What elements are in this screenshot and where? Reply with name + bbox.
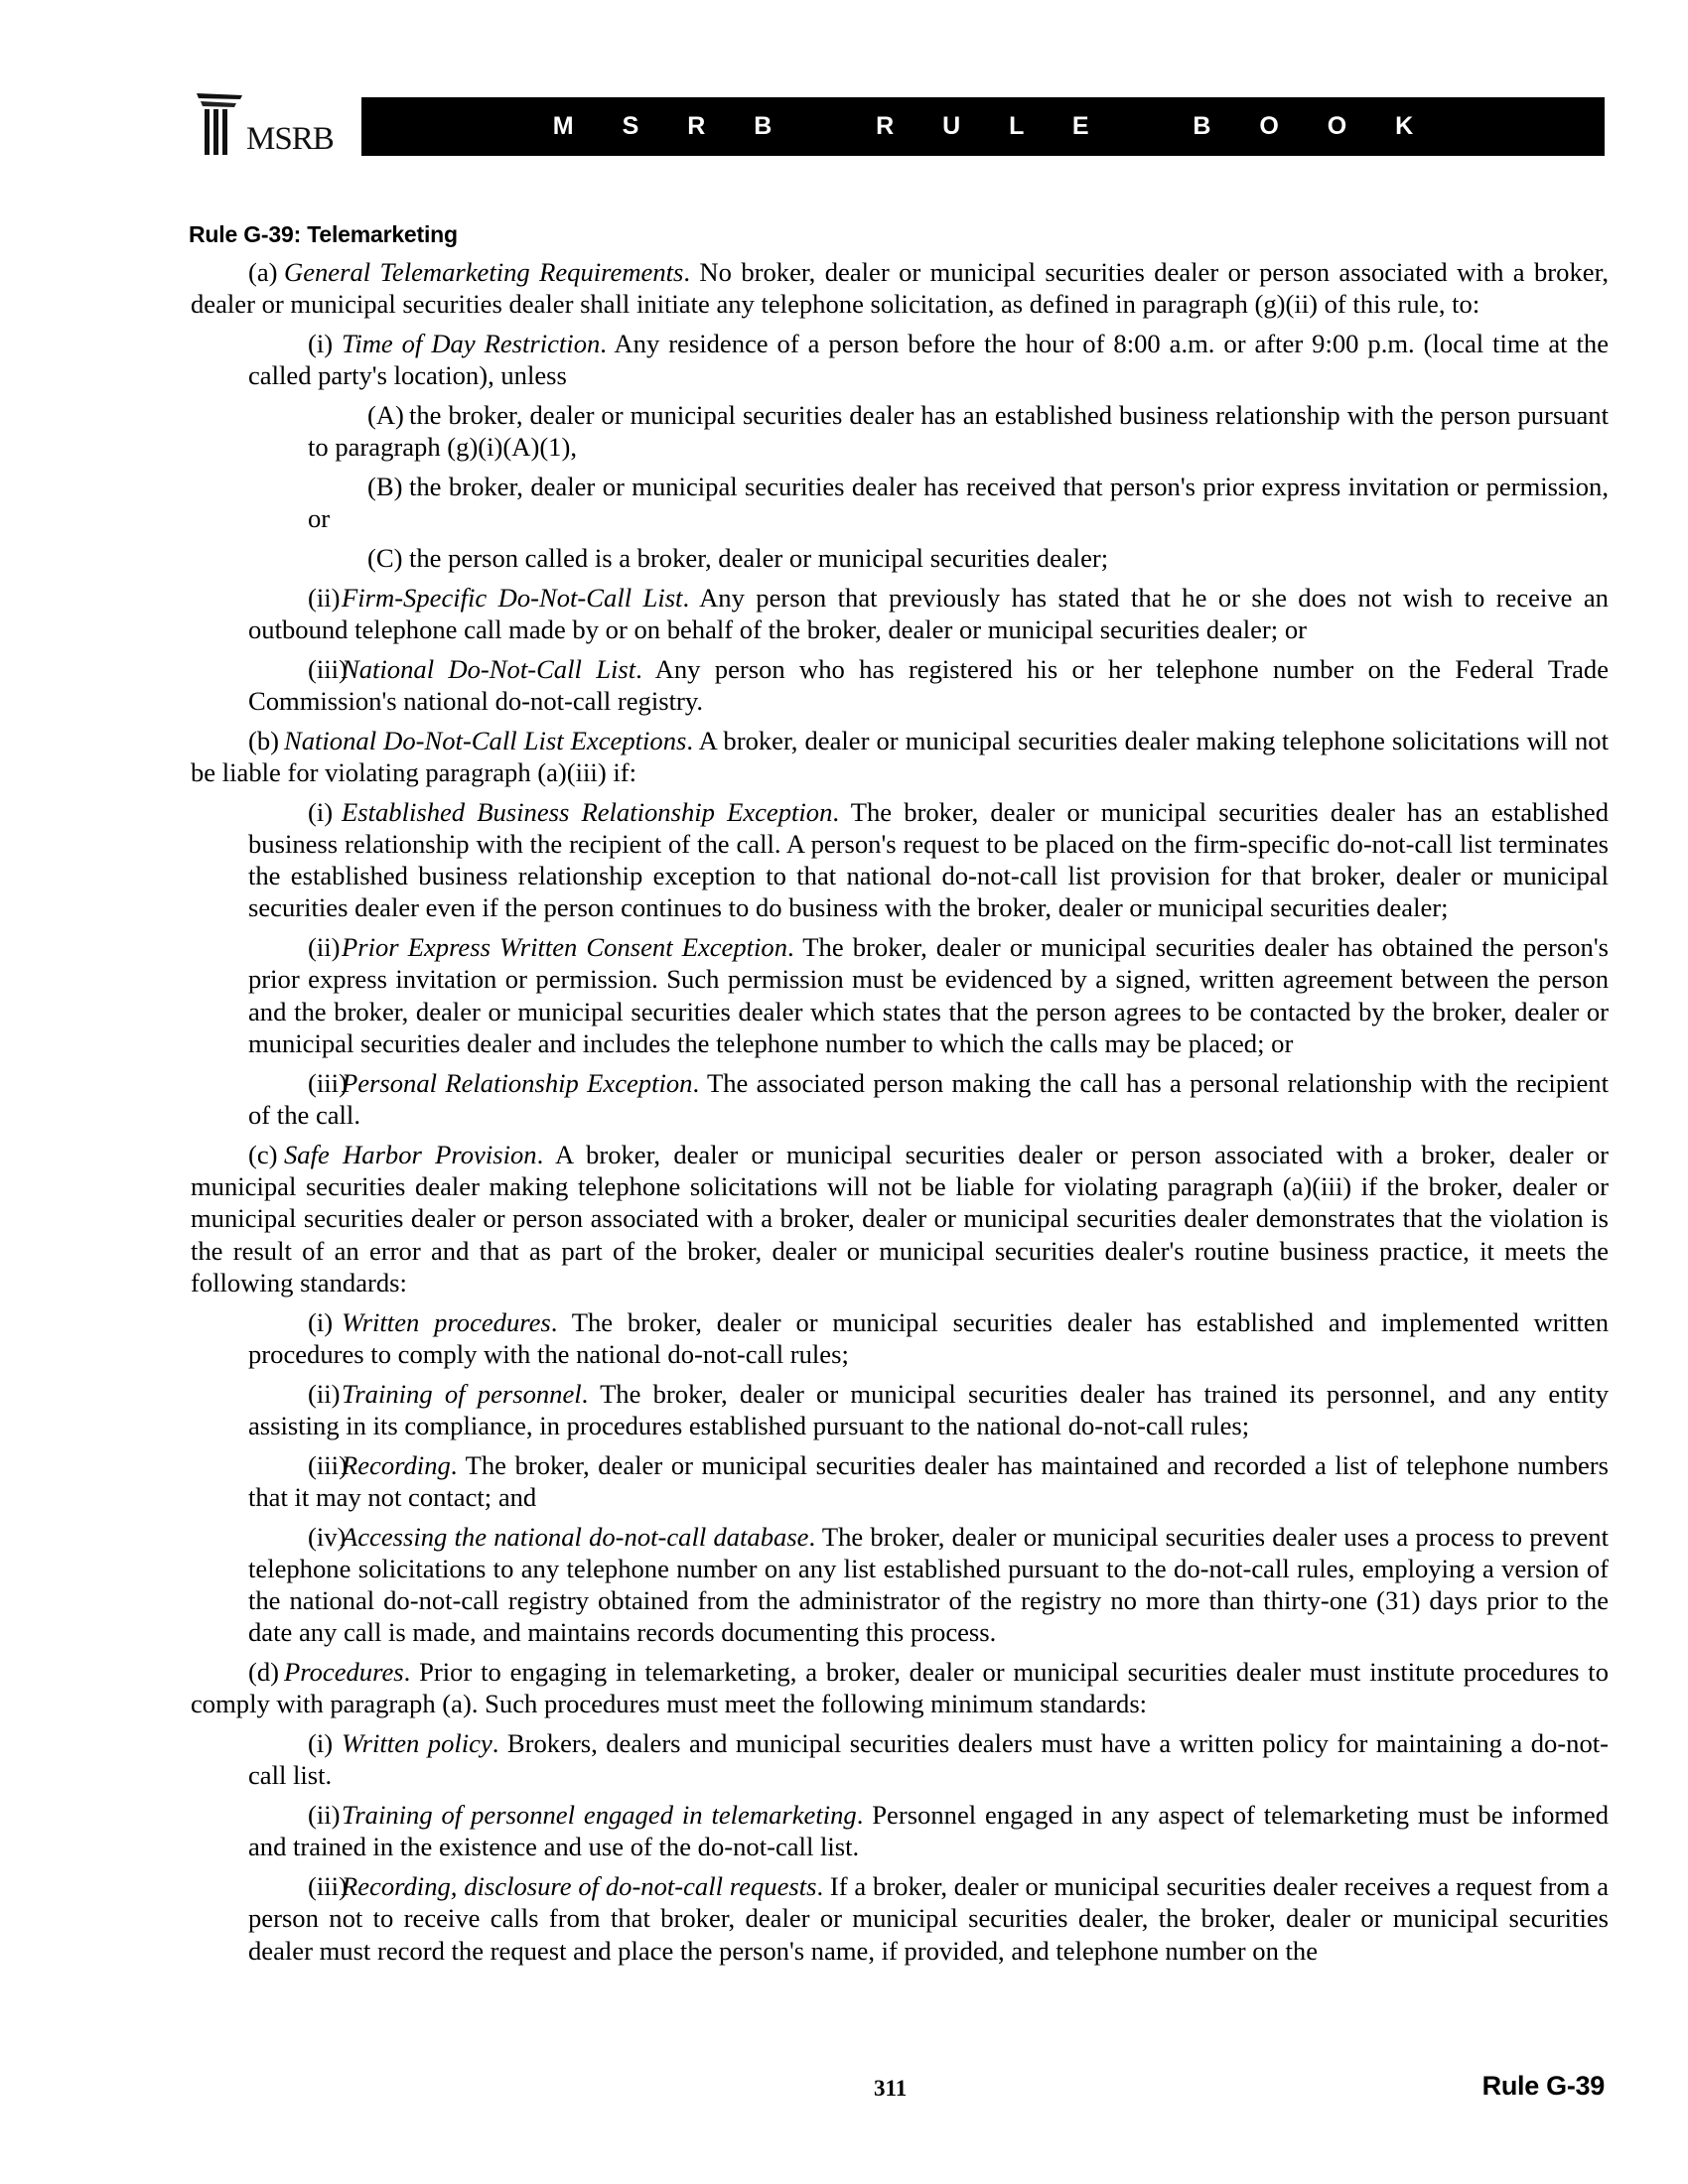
rule-paragraph: (b)National Do-Not-Call List Exceptions.… [191, 725, 1609, 789]
paragraph-label: (ii) [308, 1378, 342, 1410]
rule-body: (a)General Telemarketing Requirements. N… [191, 256, 1609, 1967]
rule-paragraph: (A)the broker, dealer or municipal secur… [308, 399, 1609, 464]
paragraph-label: (b) [248, 725, 284, 756]
rule-paragraph: (ii)Firm-Specific Do-Not-Call List. Any … [248, 582, 1609, 646]
header-banner: M S R B R U L E B O O K [361, 97, 1605, 156]
paragraph-label: (d) [248, 1656, 284, 1688]
paragraph-label: (i) [308, 328, 342, 359]
paragraph-text: the broker, dealer or municipal securiti… [308, 400, 1609, 462]
paragraph-heading: Training of personnel engaged in telemar… [342, 1800, 857, 1830]
paragraph-label: (iii) [308, 1067, 342, 1099]
rule-paragraph: (c)Safe Harbor Provision. A broker, deal… [191, 1139, 1609, 1298]
paragraph-text: the person called is a broker, dealer or… [409, 543, 1108, 573]
paragraph-label: (iii) [308, 1449, 342, 1481]
page-title: Rule G-39: Telemarketing [189, 220, 458, 248]
paragraph-label: (i) [308, 1306, 342, 1338]
rule-paragraph: (C)the person called is a broker, dealer… [308, 542, 1609, 574]
paragraph-text: . The broker, dealer or municipal securi… [248, 1450, 1609, 1512]
rule-paragraph: (d)Procedures. Prior to engaging in tele… [191, 1656, 1609, 1720]
paragraph-label: (ii) [308, 582, 342, 614]
paragraph-heading: Firm-Specific Do-Not-Call List [342, 583, 682, 613]
column-icon [195, 91, 246, 157]
paragraph-heading: Established Business Relationship Except… [342, 797, 832, 827]
paragraph-label: (ii) [308, 1799, 342, 1831]
paragraph-heading: Recording, disclosure of do-not-call req… [342, 1871, 816, 1901]
paragraph-label: (i) [308, 796, 342, 828]
paragraph-heading: National Do-Not-Call List Exceptions [284, 726, 686, 755]
paragraph-label: (iii) [308, 653, 342, 685]
banner-title: M S R B R U L E B O O K [532, 112, 1434, 141]
rule-paragraph: (i)Time of Day Restriction. Any residenc… [248, 328, 1609, 392]
rule-paragraph: (a)General Telemarketing Requirements. N… [191, 256, 1609, 321]
rule-paragraph: (i)Established Business Relationship Exc… [248, 796, 1609, 924]
rule-paragraph: (iii)Recording. The broker, dealer or mu… [248, 1449, 1609, 1514]
msrb-logo: MSRB [195, 91, 344, 161]
paragraph-label: (i) [308, 1727, 342, 1759]
paragraph-text: the broker, dealer or municipal securiti… [308, 472, 1609, 533]
rule-paragraph: (ii)Training of personnel. The broker, d… [248, 1378, 1609, 1442]
rule-paragraph: (iii)Personal Relationship Exception. Th… [248, 1067, 1609, 1132]
paragraph-heading: Personal Relationship Exception [342, 1068, 692, 1098]
paragraph-heading: Accessing the national do-not-call datab… [342, 1522, 808, 1552]
paragraph-heading: National Do-Not-Call List [342, 654, 635, 684]
document-page: MSRB M S R B R U L E B O O K Rule G-39: … [0, 0, 1688, 2184]
paragraph-heading: Safe Harbor Provision [284, 1140, 537, 1169]
rule-paragraph: (ii)Prior Express Written Consent Except… [248, 931, 1609, 1059]
paragraph-label: (iv) [308, 1521, 342, 1553]
rule-paragraph: (iii)Recording, disclosure of do-not-cal… [248, 1870, 1609, 1967]
paragraph-heading: General Telemarketing Requirements [284, 257, 683, 287]
rule-paragraph: (iv)Accessing the national do-not-call d… [248, 1521, 1609, 1649]
paragraph-text: . Prior to engaging in telemarketing, a … [191, 1657, 1609, 1718]
paragraph-heading: Training of personnel [342, 1379, 582, 1409]
paragraph-label: (B) [367, 471, 409, 502]
paragraph-label: (iii) [308, 1870, 342, 1902]
paragraph-label: (a) [248, 256, 284, 288]
paragraph-heading: Procedures [284, 1657, 404, 1687]
rule-paragraph: (ii)Training of personnel engaged in tel… [248, 1799, 1609, 1863]
paragraph-heading: Written procedures [342, 1307, 551, 1337]
paragraph-heading: Time of Day Restriction [342, 329, 600, 358]
paragraph-heading: Prior Express Written Consent Exception [342, 932, 787, 962]
rule-paragraph: (i)Written procedures. The broker, deale… [248, 1306, 1609, 1371]
paragraph-label: (ii) [308, 931, 342, 963]
footer-rule-label: Rule G-39 [1482, 2070, 1605, 2102]
paragraph-heading: Written policy [342, 1728, 492, 1758]
rule-paragraph: (i)Written policy. Brokers, dealers and … [248, 1727, 1609, 1792]
paragraph-label: (C) [367, 542, 409, 574]
paragraph-label: (c) [248, 1139, 284, 1170]
rule-paragraph: (iii)National Do-Not-Call List. Any pers… [248, 653, 1609, 718]
page-number: 311 [874, 2075, 907, 2103]
paragraph-heading: Recording [342, 1450, 451, 1480]
paragraph-label: (A) [367, 399, 409, 431]
logo-text: MSRB [246, 121, 334, 157]
rule-paragraph: (B)the broker, dealer or municipal secur… [308, 471, 1609, 535]
